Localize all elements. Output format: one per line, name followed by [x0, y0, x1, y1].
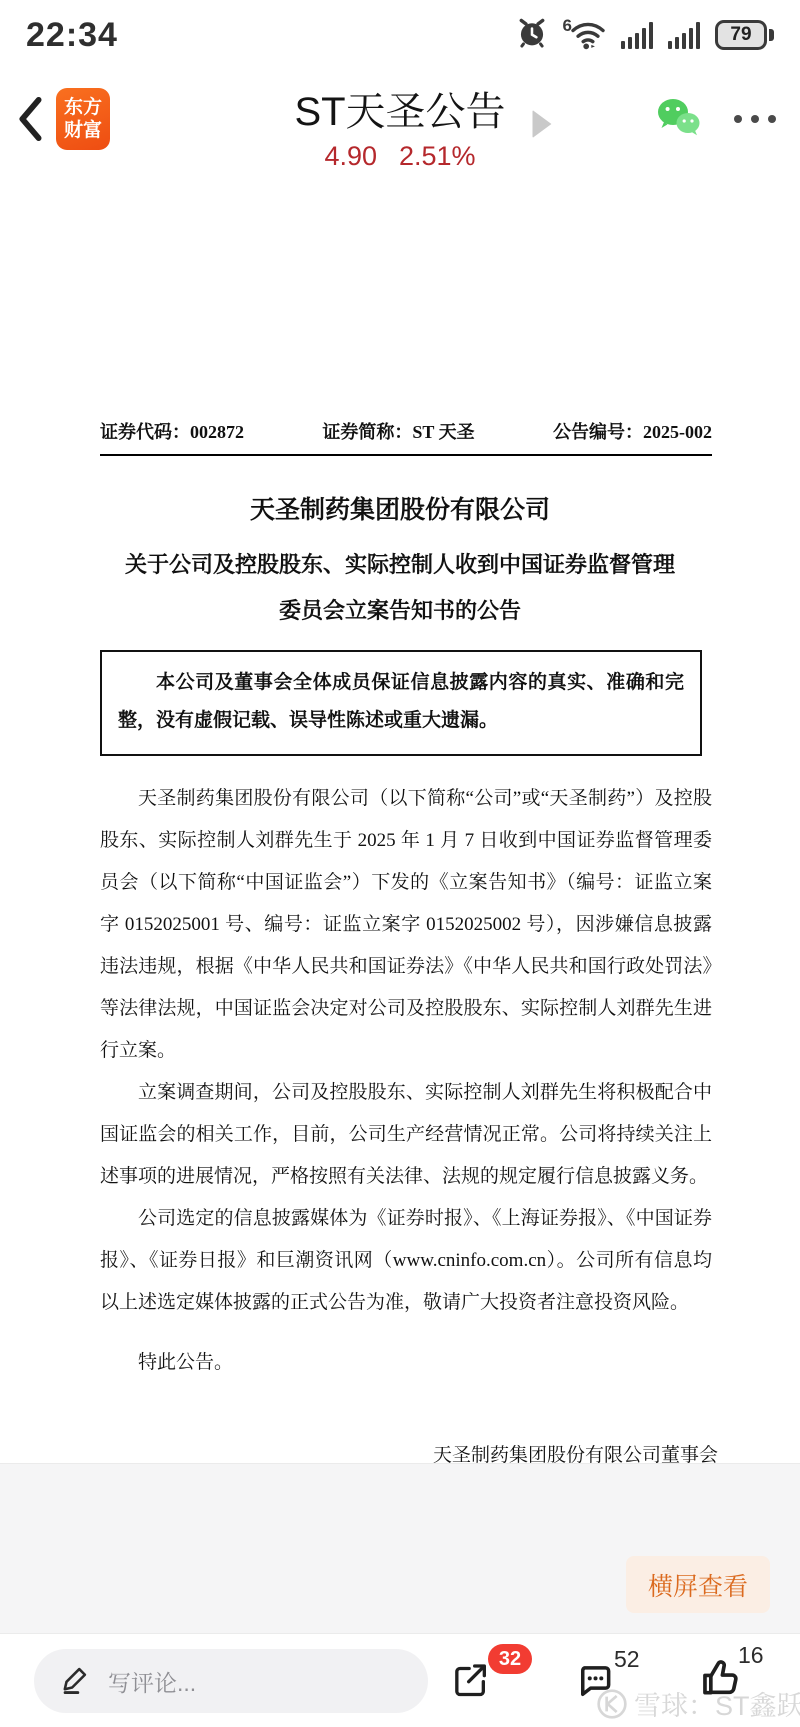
comment-bubble-icon — [574, 1660, 616, 1702]
security-name: 证券简称：ST 天圣 — [322, 418, 474, 444]
security-code: 证券代码：002872 — [100, 418, 244, 444]
comments-button[interactable]: 52 — [574, 1660, 616, 1702]
back-button[interactable] — [16, 96, 46, 142]
pencil-icon — [58, 1662, 92, 1701]
back-chevron-icon — [16, 96, 44, 142]
paragraph: 立案调查期间，公司及控股股东、实际控制人刘群先生将积极配合中国证监会的相关工作，… — [100, 1072, 712, 1198]
like-count: 16 — [738, 1642, 764, 1669]
header-title-block: ST天圣公告 4.90 2.51% — [294, 80, 505, 172]
share-count-badge: 32 — [488, 1644, 532, 1674]
app-header: 东方 财富 ST天圣公告 4.90 2.51% — [0, 70, 800, 168]
alarm-icon — [516, 17, 548, 54]
paragraph: 天圣制药集团股份有限公司（以下简称“公司”或“天圣制药”）及控股股东、实际控制人… — [100, 778, 712, 1072]
paragraph: 公司选定的信息披露媒体为《证券时报》、《上海证券报》、《中国证券报》、《证券日报… — [100, 1198, 712, 1324]
announcement-document: 证券代码：002872 证券简称：ST 天圣 公告编号：2025-002 天圣制… — [0, 168, 800, 1463]
comment-count: 52 — [614, 1646, 640, 1673]
phone-screen: 22:34 6 — [0, 0, 800, 1727]
share-button[interactable]: 32 — [450, 1660, 490, 1700]
eastmoney-app-icon[interactable]: 东方 财富 — [56, 88, 110, 150]
expand-quote-icon[interactable] — [533, 110, 552, 138]
announcement-number: 公告编号：2025-002 — [553, 418, 712, 444]
document-body: 天圣制药集团股份有限公司（以下简称“公司”或“天圣制药”）及控股股东、实际控制人… — [0, 778, 800, 1384]
battery-icon: 79 — [715, 20, 774, 50]
more-options-button[interactable] — [734, 115, 776, 123]
comment-placeholder: 写评论... — [108, 1665, 196, 1698]
thumbs-up-icon — [698, 1656, 742, 1700]
battery-percent: 79 — [715, 20, 767, 50]
header-actions — [654, 70, 776, 168]
document-footer-band: 横屏查看 — [0, 1463, 800, 1633]
landscape-view-button[interactable]: 横屏查看 — [626, 1556, 770, 1613]
like-button[interactable]: 16 — [698, 1656, 742, 1700]
document-meta-row: 证券代码：002872 证券简称：ST 天圣 公告编号：2025-002 — [100, 418, 712, 456]
share-icon — [450, 1660, 490, 1700]
status-bar: 22:34 6 — [0, 0, 800, 70]
comment-input[interactable]: 写评论... — [34, 1649, 428, 1713]
bottom-bar: 写评论... 32 52 16 — [0, 1633, 800, 1727]
disclosure-statement-box: 本公司及董事会全体成员保证信息披露内容的真实、准确和完整，没有虚假记载、误导性陈… — [100, 650, 702, 756]
wechat-share-icon[interactable] — [654, 95, 702, 144]
closing-line: 特此公告。 — [100, 1342, 712, 1384]
signal-icon-sim2 — [668, 21, 700, 49]
signature-line: 天圣制药集团股份有限公司董事会 — [0, 1440, 718, 1463]
wifi-icon: 6 — [563, 20, 606, 50]
signal-icon-sim1 — [621, 21, 653, 49]
company-name: 天圣制药集团股份有限公司 — [0, 490, 800, 526]
page-title: ST天圣公告 — [294, 80, 505, 137]
announcement-title: 关于公司及控股股东、实际控制人收到中国证券监督管理 委员会立案告知书的公告 — [0, 542, 800, 634]
status-icons: 6 79 — [516, 17, 774, 54]
clock-time: 22:34 — [26, 16, 118, 55]
